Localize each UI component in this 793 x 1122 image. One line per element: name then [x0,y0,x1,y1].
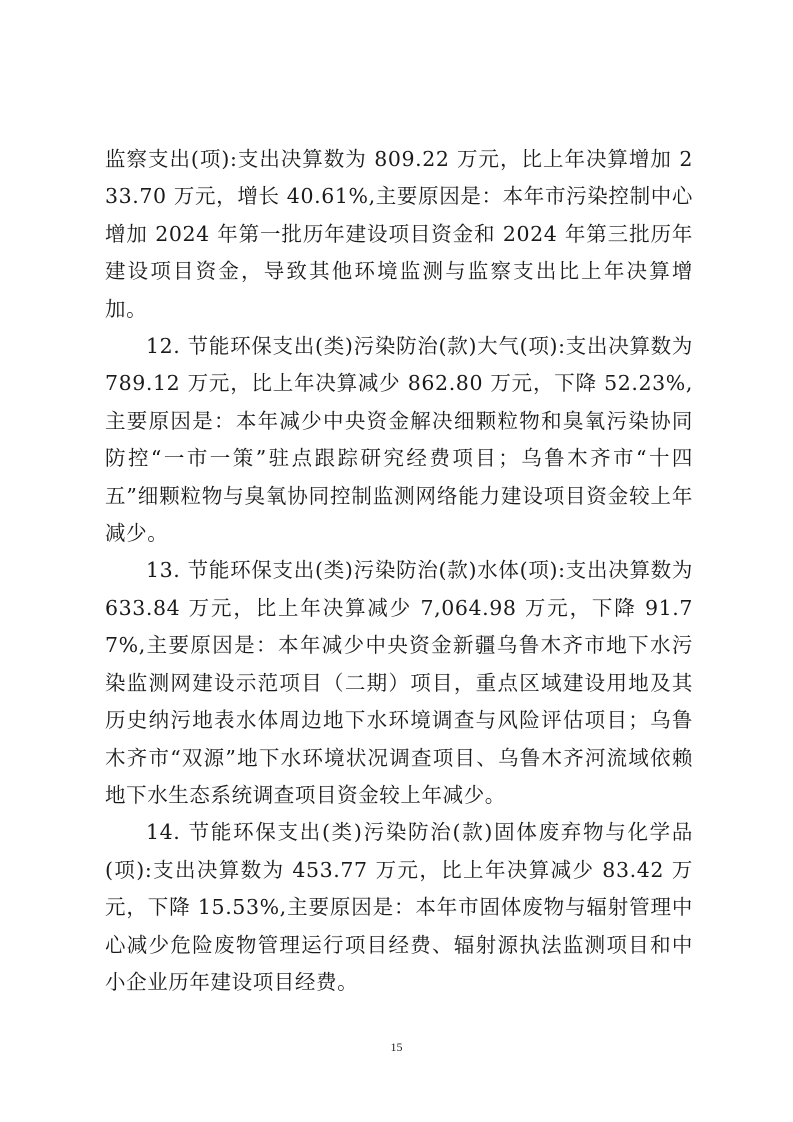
paragraph-item-13-water: 13. 节能环保支出(类)污染防治(款)水体(项):支出决算数为 633.84 … [105,552,693,814]
paragraph-item-14-solid-waste: 14. 节能环保支出(类)污染防治(款)固体废弃物与化学品(项):支出决算数为 … [105,814,693,1001]
document-page: 监察支出(项):支出决算数为 809.22 万元，比上年决算增加 233.70 … [0,0,793,1122]
page-number: 15 [0,1040,793,1055]
paragraph-item-12-air: 12. 节能环保支出(类)污染防治(款)大气(项):支出决算数为 789.12 … [105,328,693,552]
paragraph-other-monitoring-continued: 监察支出(项):支出决算数为 809.22 万元，比上年决算增加 233.70 … [105,141,693,328]
body-text: 监察支出(项):支出决算数为 809.22 万元，比上年决算增加 233.70 … [105,141,693,1001]
